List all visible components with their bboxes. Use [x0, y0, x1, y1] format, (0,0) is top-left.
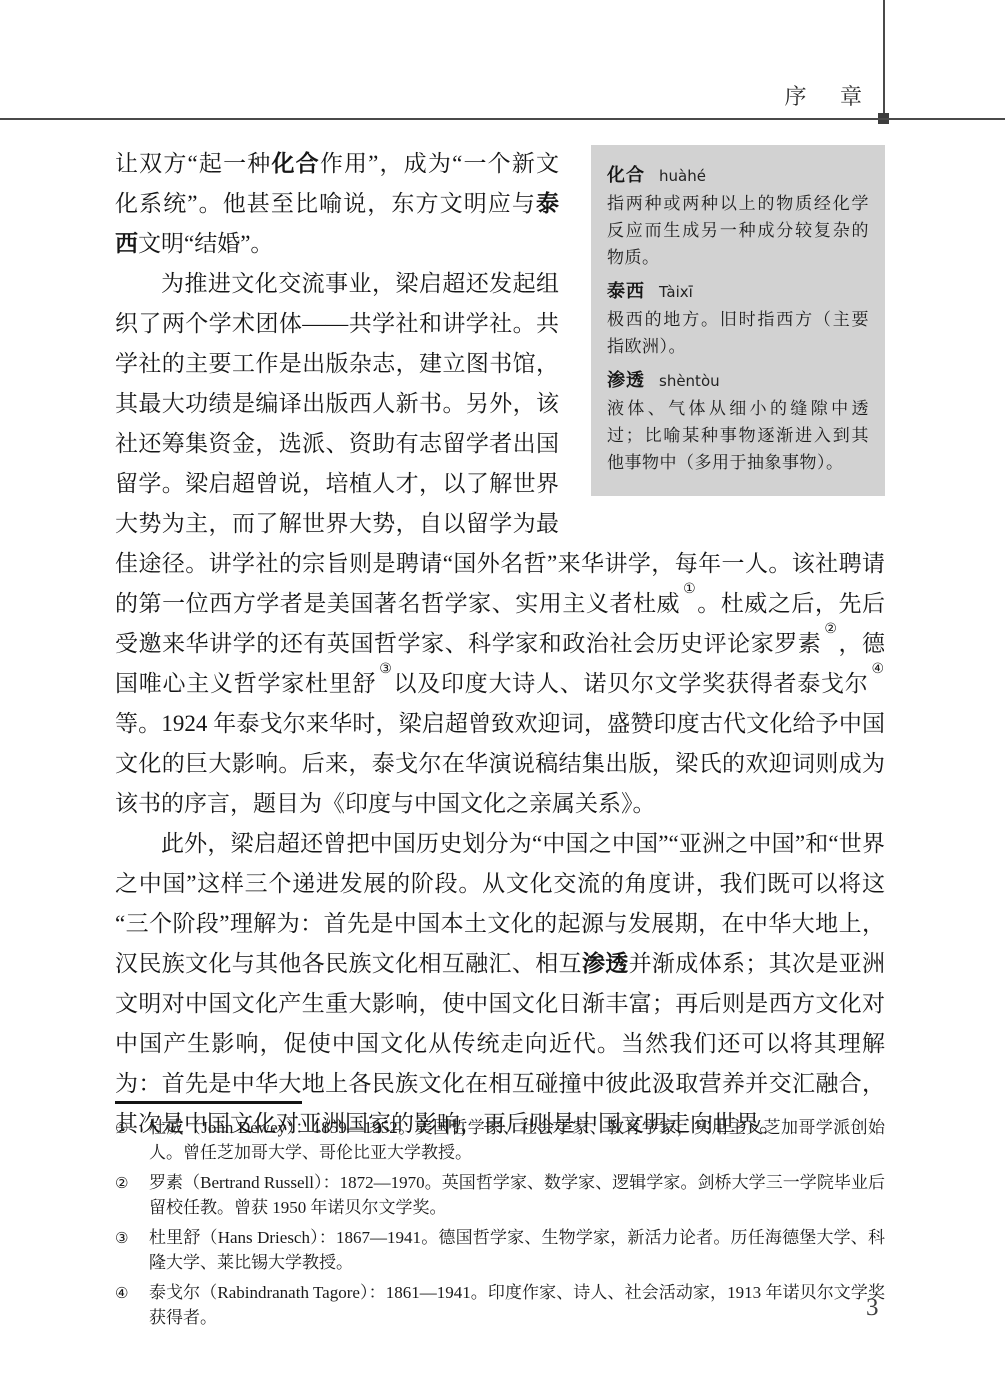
footnote: ①杜威（John Dewey）：1859—1952。美国哲学家、社会学家、教育学…	[115, 1115, 885, 1165]
chapter-title: 序 章	[784, 80, 868, 111]
footnote-reference: ①	[683, 581, 696, 597]
glossary-term: 化合	[607, 165, 645, 185]
glossary-entry: 渗透shèntòu液体、气体从细小的缝隙中透过；比喻某种事物逐渐进入到其他事物中…	[607, 366, 869, 476]
book-page: 序 章 化合huàhé指两种或两种以上的物质经化学反应而生成另一种成分较复杂的物…	[0, 0, 1005, 1400]
body-paragraph: 此外，梁启超还曾把中国历史划分为“中国之中国”“亚洲之中国”和“世界之中国”这样…	[115, 824, 885, 1144]
footnote-marker: ①	[115, 1115, 141, 1165]
glossary-entry: 泰西Tàixī极西的地方。旧时指西方（主要指欧洲）。	[607, 277, 869, 360]
footnotes-section: ①杜威（John Dewey）：1859—1952。美国哲学家、社会学家、教育学…	[115, 1101, 885, 1335]
body-text: 以及印度大诗人、诺贝尔文学奖获得者泰戈尔	[394, 671, 869, 696]
glossary-term-inline: 渗透	[582, 951, 629, 976]
footnote-text: 杜里舒（Hans Driesch）：1867—1941。德国哲学家、生物学家，新…	[149, 1225, 885, 1275]
body-text: 让双方“起一种	[115, 151, 271, 176]
footnote-marker: ②	[115, 1170, 141, 1220]
page-number: 3	[866, 1294, 879, 1322]
glossary-term: 渗透	[607, 370, 645, 390]
glossary-pinyin: shèntòu	[659, 372, 720, 390]
glossary-term: 泰西	[607, 281, 645, 301]
header-vertical-rule	[883, 0, 885, 118]
glossary-entry: 化合huàhé指两种或两种以上的物质经化学反应而生成另一种成分较复杂的物质。	[607, 161, 869, 271]
footnote-text: 杜威（John Dewey）：1859—1952。美国哲学家、社会学家、教育学家…	[149, 1115, 885, 1165]
footnote: ③杜里舒（Hans Driesch）：1867—1941。德国哲学家、生物学家，…	[115, 1225, 885, 1275]
footnote-list: ①杜威（John Dewey）：1859—1952。美国哲学家、社会学家、教育学…	[115, 1115, 885, 1330]
footnote: ④泰戈尔（Rabindranath Tagore）：1861—1941。印度作家…	[115, 1280, 885, 1330]
footnote-divider	[115, 1101, 302, 1104]
glossary-entry-head: 泰西Tàixī	[607, 277, 869, 306]
footnote-text: 罗素（Bertrand Russell）：1872—1970。英国哲学家、数学家…	[149, 1170, 885, 1220]
glossary-definition: 极西的地方。旧时指西方（主要指欧洲）。	[607, 306, 869, 360]
main-content: 化合huàhé指两种或两种以上的物质经化学反应而生成另一种成分较复杂的物质。泰西…	[115, 144, 885, 1144]
footnote-reference: ③	[379, 661, 392, 677]
glossary-definition: 指两种或两种以上的物质经化学反应而生成另一种成分较复杂的物质。	[607, 190, 869, 271]
glossary-pinyin: huàhé	[659, 167, 706, 185]
glossary-box: 化合huàhé指两种或两种以上的物质经化学反应而生成另一种成分较复杂的物质。泰西…	[591, 145, 885, 496]
glossary-entry-head: 渗透shèntòu	[607, 366, 869, 395]
body-text: 等。1924 年泰戈尔来华时，梁启超曾致欢迎词，盛赞印度古代文化给予中国文化的巨…	[115, 711, 885, 816]
glossary-entry-head: 化合huàhé	[607, 161, 869, 190]
footnote-marker: ④	[115, 1280, 141, 1330]
footnote-reference: ④	[871, 661, 884, 677]
footnote-marker: ③	[115, 1225, 141, 1275]
header-horizontal-rule	[0, 118, 1005, 120]
footnote-text: 泰戈尔（Rabindranath Tagore）：1861—1941。印度作家、…	[149, 1280, 885, 1330]
glossary-pinyin: Tàixī	[659, 283, 693, 301]
footnote-reference: ②	[824, 621, 837, 637]
body-text: 文明“结婚”。	[138, 231, 273, 256]
glossary-definition: 液体、气体从细小的缝隙中透过；比喻某种事物逐渐进入到其他事物中（多用于抽象事物）…	[607, 395, 869, 476]
footnote: ②罗素（Bertrand Russell）：1872—1970。英国哲学家、数学…	[115, 1170, 885, 1220]
glossary-term-inline: 化合	[271, 151, 319, 176]
